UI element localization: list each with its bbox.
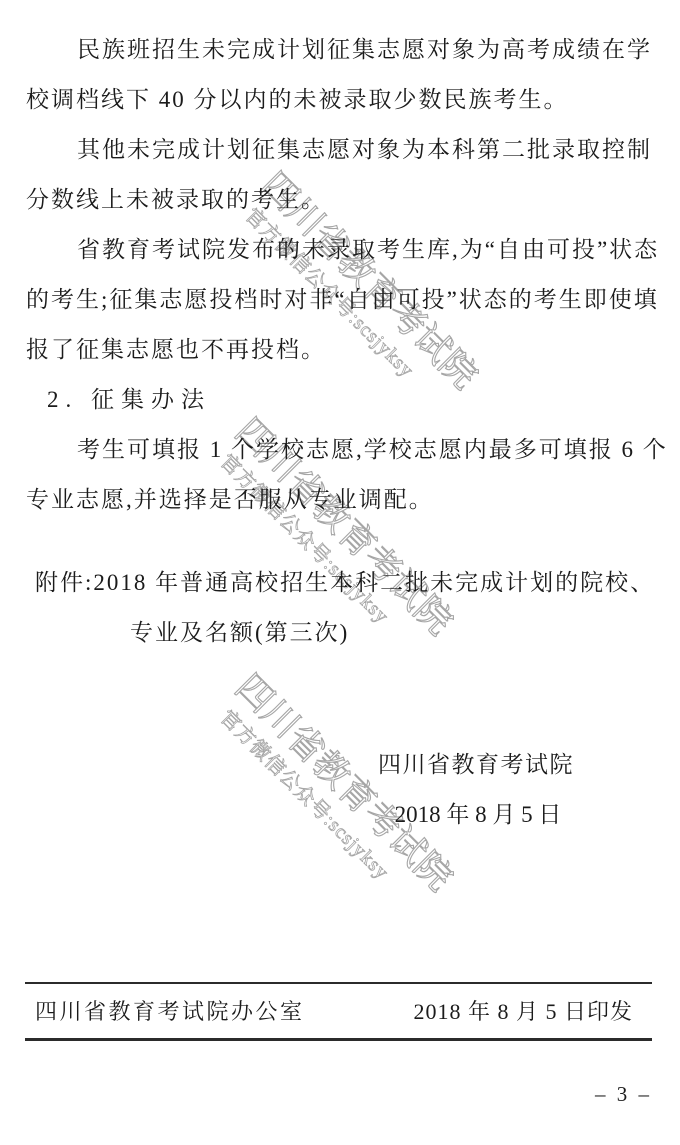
attachment-line: 附件:2018 年普通高校招生本科二批未完成计划的院校、	[26, 558, 655, 608]
body-line: 专业志愿,并选择是否服从专业调配。	[26, 475, 652, 525]
body-line: 报了征集志愿也不再投档。	[26, 325, 652, 375]
body-line: 其他未完成计划征集志愿对象为本科第二批录取控制	[26, 125, 652, 175]
footer-print-date: 2018 年 8 月 5 日印发	[413, 987, 652, 1037]
attachment-note: 附件:2018 年普通高校招生本科二批未完成计划的院校、 专业及名额(第三次)	[26, 558, 655, 658]
signature-block: 四川省教育考试院 2018 年 8 月 5 日	[378, 740, 578, 840]
footer-office: 四川省教育考试院办公室	[26, 987, 305, 1037]
body-line: 校调档线下 40 分以内的未被录取少数民族考生。	[26, 75, 652, 125]
body-heading-item: 2. 征集办法	[26, 375, 652, 425]
body-line: 的考生;征集志愿投档时对非“自由可投”状态的考生即使填	[26, 275, 652, 325]
footer-divider-bottom	[25, 1038, 652, 1041]
body-line: 考生可填报 1 个学校志愿,学校志愿内最多可填报 6 个	[26, 425, 652, 475]
signature-date: 2018 年 8 月 5 日	[378, 790, 578, 840]
body-line: 民族班招生未完成计划征集志愿对象为高考成绩在学	[26, 25, 652, 75]
footer: 四川省教育考试院办公室 2018 年 8 月 5 日印发	[26, 987, 652, 1037]
attachment-line: 专业及名额(第三次)	[26, 608, 655, 658]
page-number: – 3 –	[595, 1082, 652, 1107]
document-body: 民族班招生未完成计划征集志愿对象为高考成绩在学 校调档线下 40 分以内的未被录…	[26, 25, 652, 525]
signature-org: 四川省教育考试院	[378, 740, 578, 790]
body-line: 省教育考试院发布的未录取考生库,为“自由可投”状态	[26, 225, 652, 275]
body-line: 分数线上未被录取的考生。	[26, 175, 652, 225]
document-page: 四川省教育考试院 官方微信公众号:scsjyksy 四川省教育考试院 官方微信公…	[0, 0, 680, 1145]
footer-divider-top	[25, 982, 652, 984]
